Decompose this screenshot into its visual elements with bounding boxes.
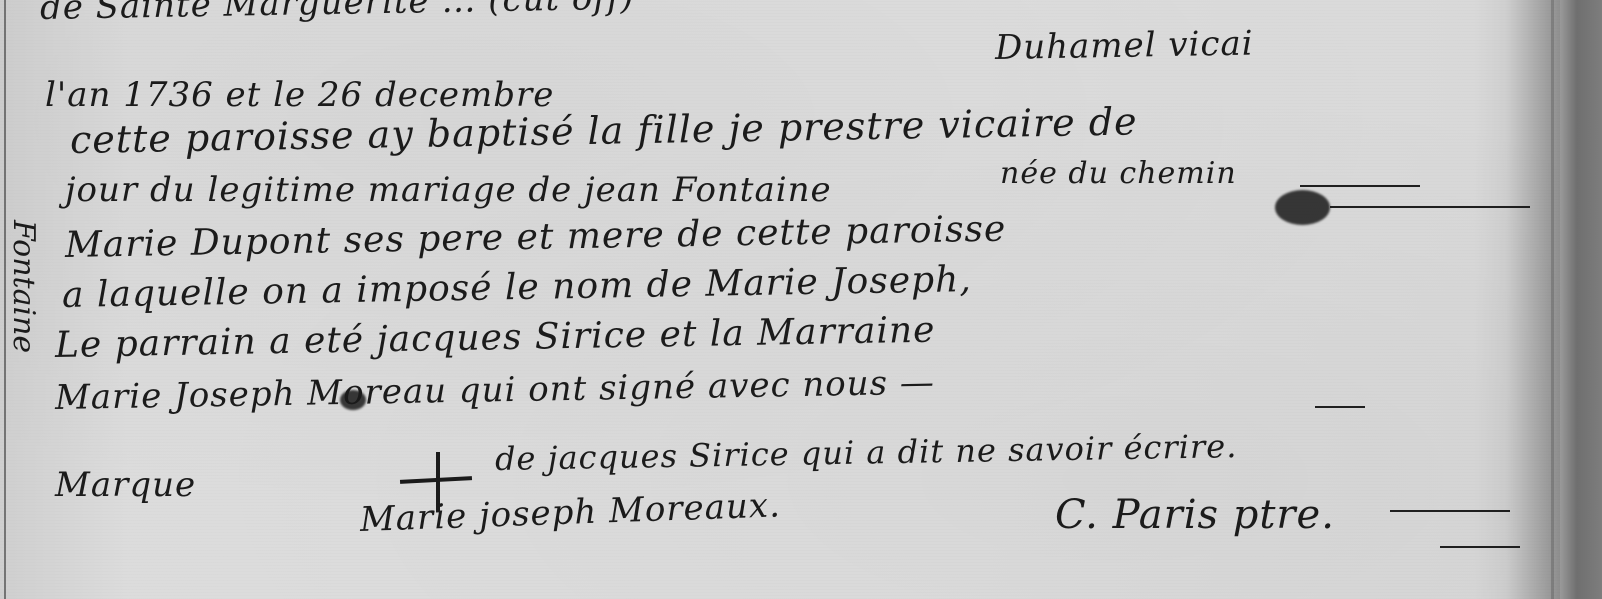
text-line-date: l'an 1736 et le 26 decembre [45,75,554,115]
text-line-4: jour du legitime mariage de jean Fontain… [65,170,832,210]
flourish-rule [1390,510,1510,512]
text-line-marque: Marque [55,465,196,505]
text-line-5: née du chemin [1000,156,1237,191]
flourish-rule [1440,546,1520,548]
ink-blot [340,390,366,410]
cross-mark-icon [400,452,472,512]
book-binding [1560,0,1602,599]
text-line-9: Marie Joseph Moreau qui ont signé avec n… [55,363,936,418]
flourish-rule [1330,206,1530,208]
text-line-11: de jacques Sirice qui a dit ne savoir éc… [495,427,1238,478]
margin-note: Fontaine [6,220,41,353]
page-edge [1551,0,1554,599]
signature-paris-priest: C. Paris ptre. [1055,492,1335,538]
text-line-7: a laquelle on a imposé le nom de Marie J… [62,259,972,316]
ink-blot [1275,190,1330,225]
document-page: Fontaine de Sainte Marguerite … (cut off… [0,0,1602,599]
flourish-rule [1300,185,1420,187]
flourish-rule [1315,406,1365,408]
text-line-duhamel: Duhamel vicai [995,23,1254,68]
text-line-top-cut: de Sainte Marguerite … (cut off) [40,0,635,28]
text-line-6: Marie Dupont ses pere et mere de cette p… [65,209,1007,266]
text-line-8: Le parrain a eté jacques Sirice et la Ma… [55,310,936,366]
